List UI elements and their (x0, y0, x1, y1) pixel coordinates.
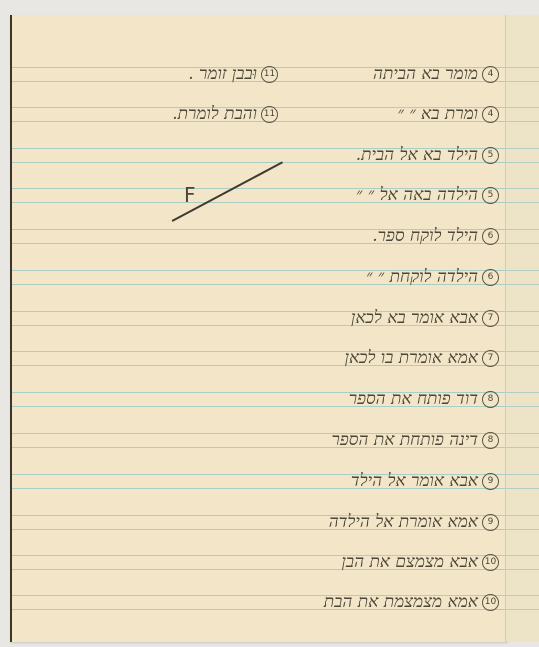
sentence-text: הילדה באה אל ״ ״ (356, 185, 478, 205)
rule-line (506, 325, 539, 326)
handwritten-line: 5הילדה באה אל ״ ״ (22, 180, 499, 210)
sentence-text: אבא מצמצם את הבן (342, 552, 478, 572)
item-number-circle: 6 (482, 228, 499, 245)
rule-line (506, 595, 539, 596)
sentence-text: אבא אומר אל הילד (351, 471, 478, 491)
rule-line (506, 569, 539, 570)
handwritten-line: 7אבא אומר בא לכאן (22, 303, 499, 333)
sentence-text: הילד לוקח ספר. (372, 226, 478, 246)
item-number-circle: 7 (482, 310, 499, 327)
item-number-circle: 4 (482, 106, 499, 123)
sentence-text: ומרת בא ״ ״ (318, 99, 478, 129)
rule-line (506, 188, 539, 189)
rule-line (506, 121, 539, 122)
item-number-circle: 4 (482, 66, 499, 83)
rule-line (506, 107, 539, 108)
rule-line (506, 433, 539, 434)
rule-line (506, 162, 539, 163)
handwritten-line: 9אבא אומר אל הילד (22, 466, 499, 496)
sentence-text: אמא מצמצמת את הבת (324, 592, 478, 612)
handwritten-line: 6הילדה לוקחת ״ ״ (22, 262, 499, 292)
rule-line (506, 351, 539, 352)
item-number-circle: 9 (482, 514, 499, 531)
handwritten-line: 9אמא אומרת אל הילדה (22, 507, 499, 537)
rule-line (506, 488, 539, 489)
sentence-text: והבת לומרת. (172, 104, 257, 124)
item-number-circle: 7 (482, 350, 499, 367)
rule-line (506, 555, 539, 556)
facing-page-edge (505, 15, 539, 642)
item-number-circle: 5 (482, 147, 499, 164)
sentence-text: הילדה לוקחת ״ ״ (366, 267, 478, 287)
item-number-circle: 8 (482, 391, 499, 408)
item-number-circle: 10 (482, 594, 499, 611)
item-number-circle: 10 (482, 554, 499, 571)
item-number-circle: 11 (261, 106, 278, 123)
sentence-text: דוד פותח את הספר (349, 389, 478, 409)
sentence-text: הילד בא אל הבית. (356, 145, 478, 165)
item-number-circle: 11 (261, 66, 278, 83)
handwritten-line: 4ומרת בא ״ ״11והבת לומרת. (22, 99, 499, 129)
handwritten-line: 4מומר בא הביתה11וּבבן זומר . (22, 59, 499, 89)
sentence-text: דינה פותחת את הספר (332, 430, 478, 450)
item-number-circle: 9 (482, 473, 499, 490)
handwritten-line: 10אמא מצמצמת את הבת (22, 587, 499, 617)
rule-line (506, 229, 539, 230)
handwritten-line: 7אמא אומרת בו לכאן (22, 343, 499, 373)
rule-line (506, 311, 539, 312)
grade-mark: F (184, 183, 196, 207)
sentence-text: אמא אומרת בו לכאן (345, 348, 478, 368)
rule-line (506, 406, 539, 407)
item-number-circle: 6 (482, 269, 499, 286)
item-number-circle: 5 (482, 187, 499, 204)
sentence-text: אמא אומרת אל הילדה (329, 512, 478, 532)
rule-line (506, 447, 539, 448)
rule-line (506, 529, 539, 530)
sentence-text: וּבבן זומר . (188, 64, 257, 84)
sentence-text: אבא אומר בא לכאן (351, 308, 478, 328)
handwritten-line: 10אבא מצמצם את הבן (22, 547, 499, 577)
rule-line (506, 515, 539, 516)
rule-line (506, 474, 539, 475)
handwritten-line: 8דוד פותח את הספר (22, 384, 499, 414)
rule-line (506, 67, 539, 68)
sentence-text: מומר בא הביתה (318, 59, 478, 89)
rule-line (506, 284, 539, 285)
notebook-page: 4מומר בא הביתה11וּבבן זומר . 4ומרת בא ״ … (10, 15, 507, 642)
rule-line (506, 365, 539, 366)
handwritten-line: 5הילד בא אל הבית. (22, 140, 499, 170)
rule-line (506, 392, 539, 393)
handwritten-line: 8דינה פותחת את הספר (22, 425, 499, 455)
handwritten-line: 6הילד לוקח ספר. (22, 221, 499, 251)
item-number-circle: 8 (482, 432, 499, 449)
rule-line (506, 609, 539, 610)
rule-line (506, 270, 539, 271)
rule-line (506, 243, 539, 244)
rule-line (506, 81, 539, 82)
rule-line (506, 202, 539, 203)
rule-line (506, 148, 539, 149)
